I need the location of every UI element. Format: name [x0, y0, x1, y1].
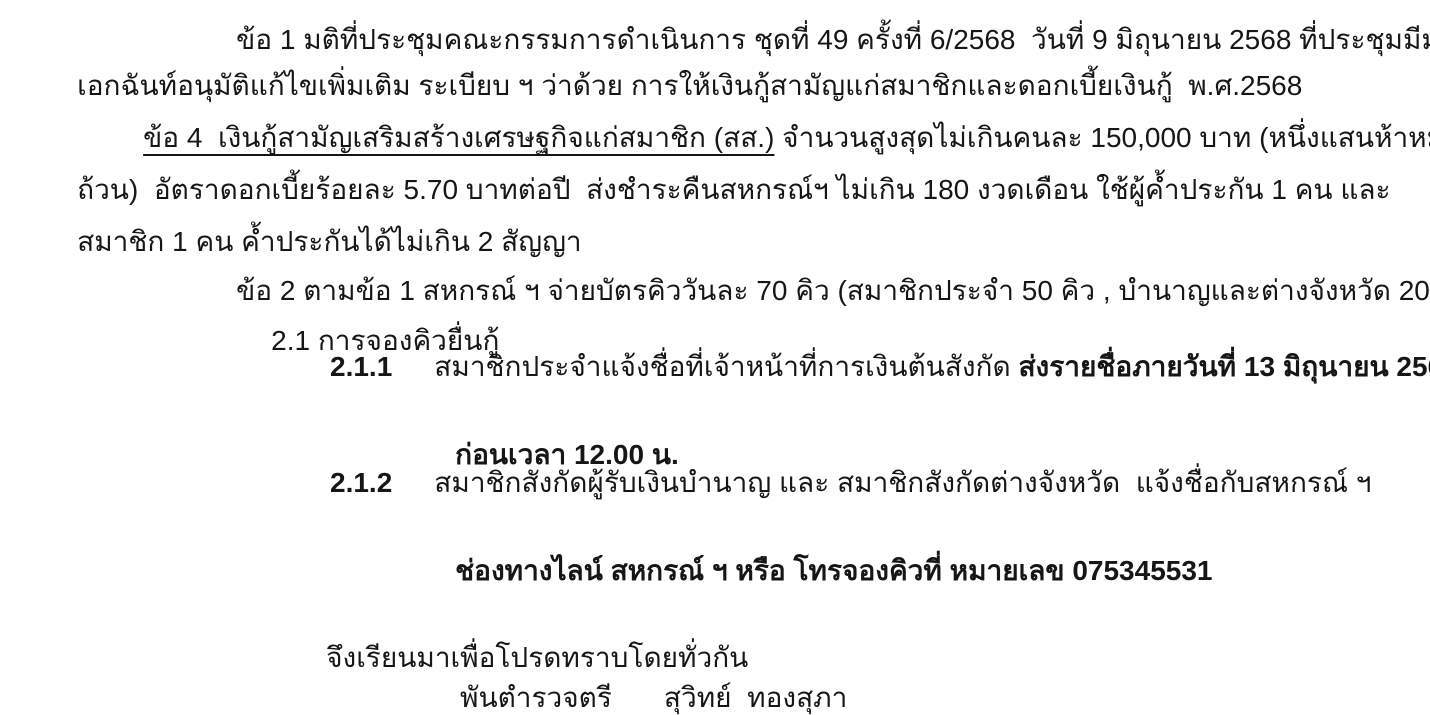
item-2-1-1-line1: สมาชิกประจำแจ้งชื่อที่เจ้าหน้าที่การเงิน… — [434, 347, 1430, 387]
item-2-1-2-number: 2.1.2 — [330, 463, 392, 503]
item-2-1-1-number: 2.1.1 — [330, 347, 392, 387]
item-2-1-2-line1: สมาชิกสังกัดผู้รับเงินบำนาญ และ สมาชิกสั… — [434, 463, 1371, 503]
signature-name: สุวิทย์ ทองสุภา — [664, 678, 847, 715]
document-page: ข้อ 1 มติที่ประชุมคณะกรรมการดำเนินการ ชุ… — [0, 0, 1430, 715]
closing-text: จึงเรียนมาเพื่อโปรดทราบโดยทั่วกัน — [326, 642, 748, 673]
item-2-1-1-line1-regular: สมาชิกประจำแจ้งชื่อที่เจ้าหน้าที่การเงิน… — [434, 351, 1018, 382]
item-2-1-2-line2-bold: ช่องทางไลน์ สหกรณ์ ฯ หรือ โทรจองคิวที่ ห… — [455, 555, 1212, 586]
signature-rank: พันตำรวจตรี — [460, 678, 612, 715]
signature-line: พันตำรวจตรี สุวิทย์ ทองสุภา — [460, 678, 847, 715]
item-2-1-1-line1-bold: ส่งรายชื่อภายวันที่ 13 มิถุนายน 2568 — [1018, 351, 1430, 382]
item-2-1-1-row1: 2.1.1 สมาชิกประจำแจ้งชื่อที่เจ้าหน้าที่ก… — [330, 347, 1430, 387]
item-2-1-2-row1: 2.1.2 สมาชิกสังกัดผู้รับเงินบำนาญ และ สม… — [330, 463, 1371, 503]
